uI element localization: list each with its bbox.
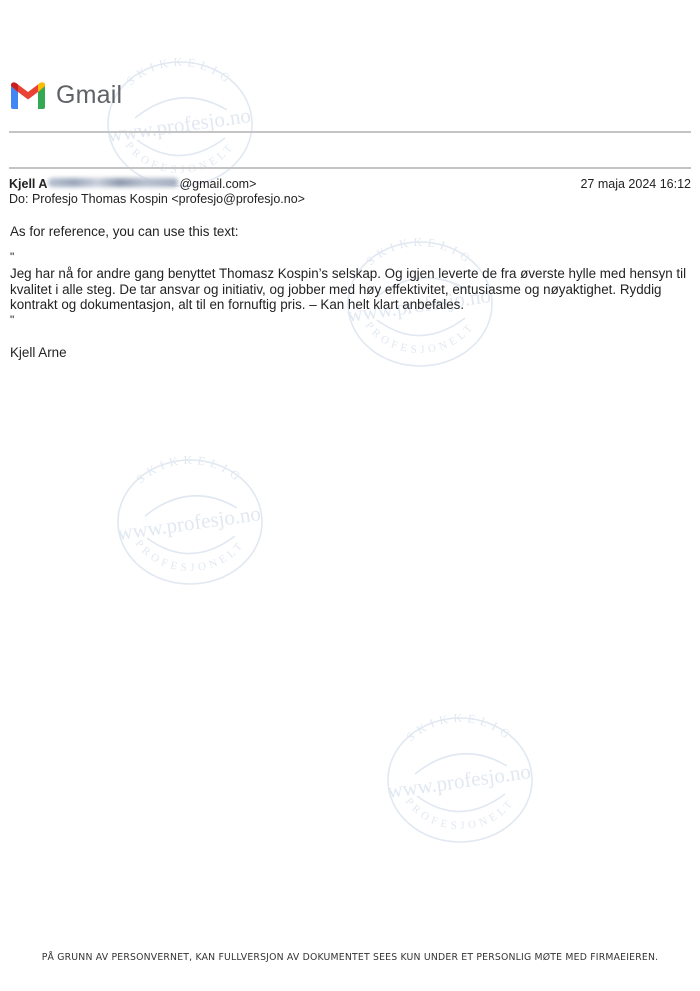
recipient: Profesjo Thomas Kospin <profesjo@profesj… xyxy=(32,192,305,206)
sender-name: Kjell A xyxy=(9,177,47,191)
svg-text:PROFESJONELT: PROFESJONELT xyxy=(133,538,248,574)
gmail-m-icon xyxy=(9,80,47,110)
gmail-logo: Gmail xyxy=(9,80,122,110)
header-divider xyxy=(9,131,691,133)
redacted-sender-block xyxy=(48,178,178,187)
privacy-footer-notice: PÅ GRUNN AV PERSONVERNET, KAN FULLVERSJO… xyxy=(0,952,700,963)
svg-text:PROFESJONELT: PROFESJONELT xyxy=(403,796,518,832)
quote-open-mark: " xyxy=(10,250,690,266)
sender-address: @gmail.com> xyxy=(179,177,256,191)
signature: Kjell Arne xyxy=(10,345,690,361)
watermark-stamp: SKIKKELIGPROFESJONELTwww.profesjo.no xyxy=(375,708,545,848)
quote-close-mark: " xyxy=(10,313,690,329)
svg-text:www.profesjo.no: www.profesjo.no xyxy=(106,103,252,147)
svg-text:SKIKKELIG: SKIKKELIG xyxy=(123,55,236,88)
testimonial-text: Jeg har nå for andre gang benyttet Thoma… xyxy=(10,266,690,313)
svg-text:www.profesjo.no: www.profesjo.no xyxy=(116,501,262,545)
svg-text:SKIKKELIG: SKIKKELIG xyxy=(133,453,246,486)
watermark-stamp: SKIKKELIGPROFESJONELTwww.profesjo.no xyxy=(105,450,275,590)
watermark-stamp: SKIKKELIGPROFESJONELTwww.profesjo.no xyxy=(95,52,265,192)
svg-text:www.profesjo.no: www.profesjo.no xyxy=(386,759,532,803)
to-line: Do: Profesjo Thomas Kospin <profesjo@pro… xyxy=(9,191,691,207)
svg-text:PROFESJONELT: PROFESJONELT xyxy=(123,140,238,176)
message-date: 27 maja 2024 16:12 xyxy=(580,176,691,192)
gmail-wordmark: Gmail xyxy=(56,80,122,110)
intro-text: As for reference, you can use this text: xyxy=(10,224,690,240)
message-divider xyxy=(9,167,691,169)
svg-text:SKIKKELIG: SKIKKELIG xyxy=(403,711,516,744)
to-label: Do: xyxy=(9,192,28,206)
document-page: SKIKKELIGPROFESJONELTwww.profesjo.no SKI… xyxy=(0,0,700,991)
